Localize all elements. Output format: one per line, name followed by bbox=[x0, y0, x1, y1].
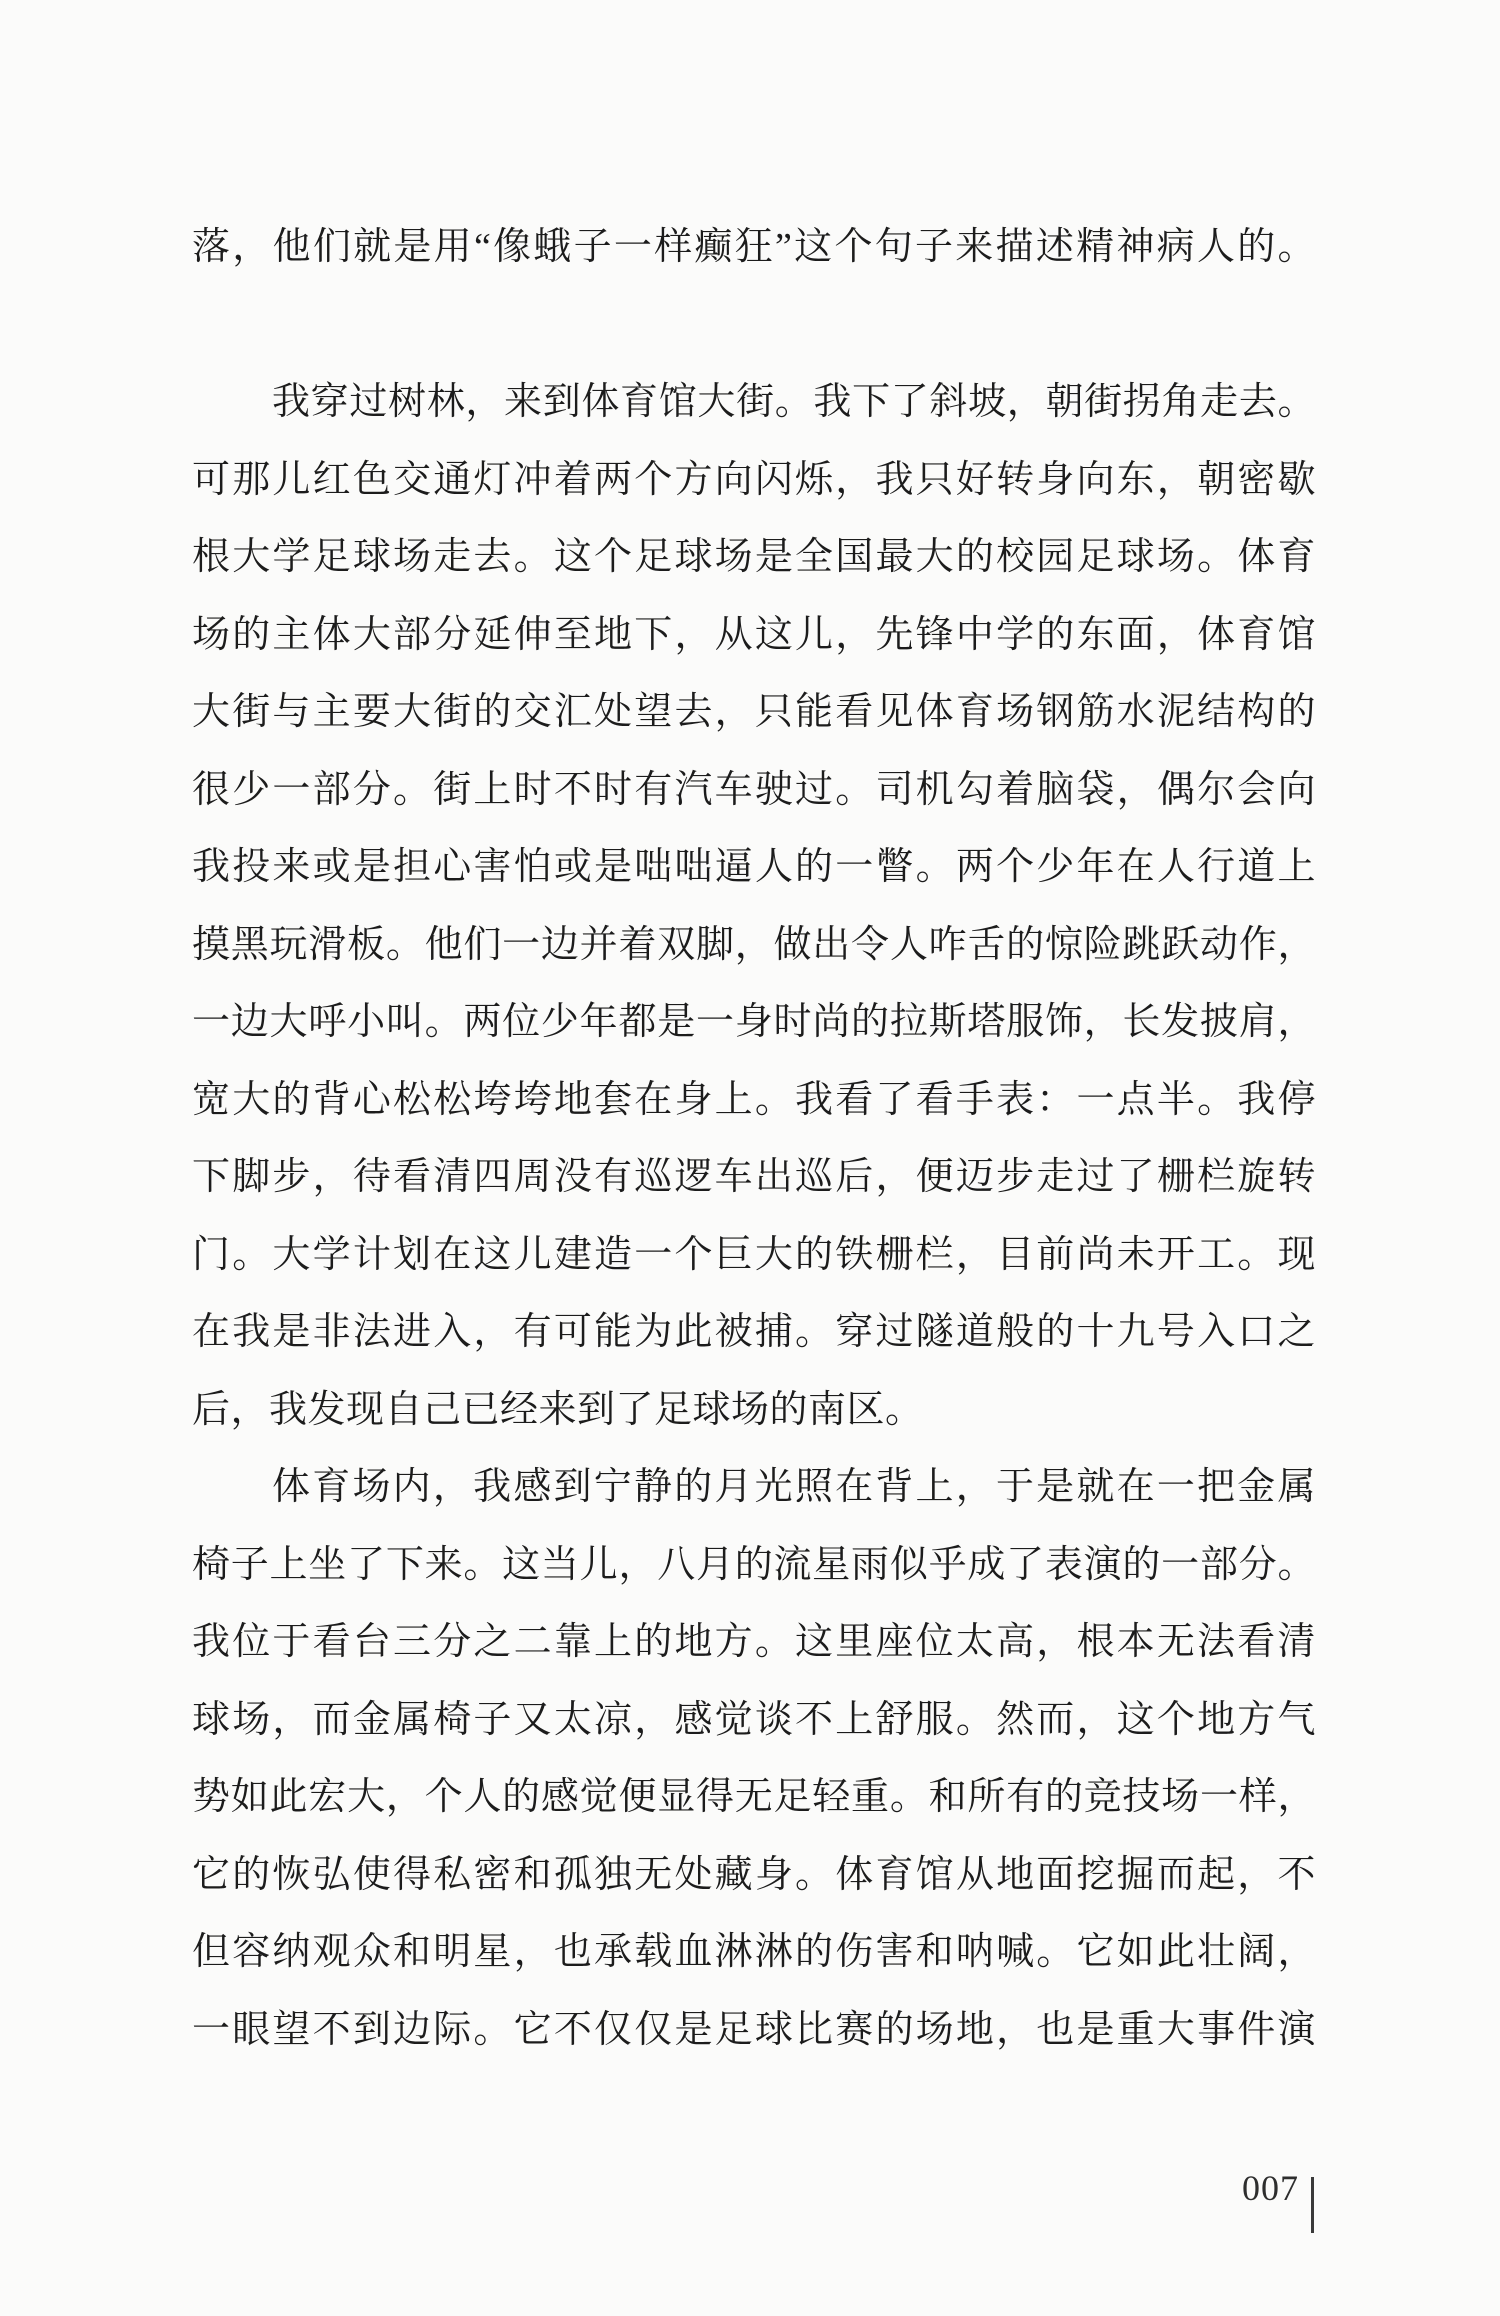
text-line: 大街与主要大街的交汇处望去，只能看见体育场钢筋水泥结构的 bbox=[192, 674, 1316, 752]
text-line: 势如此宏大，个人的感觉便显得无足轻重。和所有的竞技场一样， bbox=[192, 1759, 1316, 1837]
text-line: 根大学足球场走去。这个足球场是全国最大的校园足球场。体育 bbox=[192, 519, 1316, 597]
text-line: 场的主体大部分延伸至地下，从这儿，先锋中学的东面，体育馆 bbox=[192, 597, 1316, 675]
text-line: 我穿过树林，来到体育馆大街。我下了斜坡，朝街拐角走去。 bbox=[192, 364, 1316, 442]
text-line: 可那儿红色交通灯冲着两个方向闪烁，我只好转身向东，朝密歇 bbox=[192, 442, 1316, 520]
text-line: 下脚步，待看清四周没有巡逻车出巡后，便迈步走过了栅栏旋转 bbox=[192, 1139, 1316, 1217]
paragraph: 我穿过树林，来到体育馆大街。我下了斜坡，朝街拐角走去。可那儿红色交通灯冲着两个方… bbox=[192, 364, 1316, 1449]
text-line: 在我是非法进入，有可能为此被捕。穿过隧道般的十九号入口之 bbox=[192, 1294, 1316, 1372]
text-line: 体育场内，我感到宁静的月光照在背上，于是就在一把金属 bbox=[192, 1449, 1316, 1527]
text-line: 门。大学计划在这儿建造一个巨大的铁栅栏，目前尚未开工。现 bbox=[192, 1217, 1316, 1295]
text-line: 球场，而金属椅子又太凉，感觉谈不上舒服。然而，这个地方气 bbox=[192, 1682, 1316, 1760]
text-line: 我投来或是担心害怕或是咄咄逼人的一瞥。两个少年在人行道上 bbox=[192, 829, 1316, 907]
text-line: 落，他们就是用“像蛾子一样癫狂”这个句子来描述精神病人的。 bbox=[192, 209, 1316, 287]
page-number: 007 bbox=[1242, 2167, 1299, 2209]
text-line: 我位于看台三分之二靠上的地方。这里座位太高，根本无法看清 bbox=[192, 1604, 1316, 1682]
text-line: 椅子上坐了下来。这当儿，八月的流星雨似乎成了表演的一部分。 bbox=[192, 1527, 1316, 1605]
footer-rule bbox=[1311, 2177, 1314, 2233]
text-line: 它的恢弘使得私密和孤独无处藏身。体育馆从地面挖掘而起，不 bbox=[192, 1837, 1316, 1915]
text-line: 后，我发现自己已经来到了足球场的南区。 bbox=[192, 1372, 1316, 1450]
text-line: 宽大的背心松松垮垮地套在身上。我看了看手表：一点半。我停 bbox=[192, 1062, 1316, 1140]
page-text: 落，他们就是用“像蛾子一样癫狂”这个句子来描述精神病人的。我穿过树林，来到体育馆… bbox=[192, 209, 1316, 2069]
text-line: 摸黑玩滑板。他们一边并着双脚，做出令人咋舌的惊险跳跃动作， bbox=[192, 907, 1316, 985]
text-line: 一眼望不到边际。它不仅仅是足球比赛的场地，也是重大事件演 bbox=[192, 1992, 1316, 2070]
paragraph: 体育场内，我感到宁静的月光照在背上，于是就在一把金属椅子上坐了下来。这当儿，八月… bbox=[192, 1449, 1316, 2069]
text-line: 一边大呼小叫。两位少年都是一身时尚的拉斯塔服饰，长发披肩， bbox=[192, 984, 1316, 1062]
paragraph: 落，他们就是用“像蛾子一样癫狂”这个句子来描述精神病人的。 bbox=[192, 209, 1316, 287]
text-line: 很少一部分。街上时不时有汽车驶过。司机勾着脑袋，偶尔会向 bbox=[192, 752, 1316, 830]
text-line: 但容纳观众和明星，也承载血淋淋的伤害和呐喊。它如此壮阔， bbox=[192, 1914, 1316, 1992]
book-page: 落，他们就是用“像蛾子一样癫狂”这个句子来描述精神病人的。我穿过树林，来到体育馆… bbox=[0, 0, 1500, 2316]
